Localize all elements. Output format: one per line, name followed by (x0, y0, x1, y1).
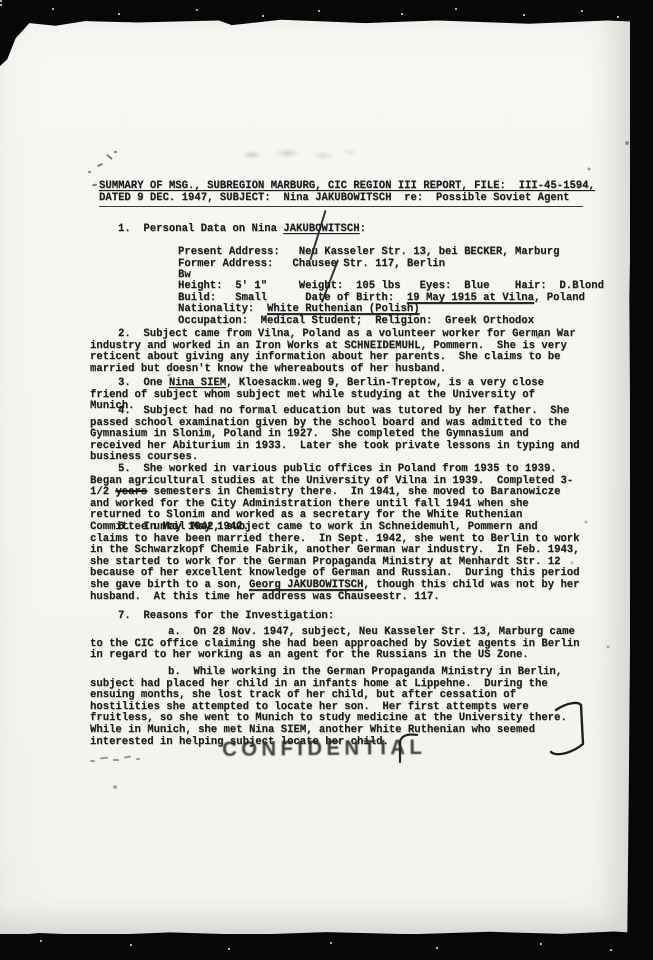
heading-colon: : (360, 223, 366, 235)
report-header-line1: SUMMARY OF MSG., SUBREGION MARBURG, CIC … (99, 181, 583, 193)
height-weight-line: Height: 5' 1" Weight: 105 lbs Eyes: Blue… (178, 281, 608, 293)
reason-item-a: a. On 28 Nov. 1947, subject, Neu Kassele… (90, 627, 580, 662)
typewritten-text-layer: SUMMARY OF MSG., SUBREGION MARBURG, CIC … (0, 0, 653, 960)
birth-date-underlined: 19 May 1915 at Vilna (407, 292, 534, 304)
para3-text: 3. One (118, 377, 169, 389)
pencil-mark (136, 758, 140, 760)
nationality-line: Nationality: White Ruthenian (Polish) (178, 304, 608, 316)
heading-text: 1. Personal Data on Nina (118, 223, 283, 235)
handwritten-bracket-close (548, 698, 592, 762)
present-address-line: Present Address: Neu Kasseler Str. 13, b… (178, 247, 608, 259)
nina-siem-mention: Nina SIEM (249, 724, 306, 736)
georg-jakubowitsch-name: Georg JAKUBOWITSCH (249, 579, 363, 591)
report-paragraph-6: 6. In May 1942, subject came to work in … (90, 522, 580, 603)
pencil-mark (113, 759, 119, 761)
former-address-line: Former Address: Chausee Str. 117, Berlin (178, 259, 608, 271)
report-header-line2: DATED 9 DEC. 1947, SUBJECT: Nina JAKUBOW… (99, 193, 583, 207)
occupation-religion-line: Occupation: Medical Student; Religion: G… (178, 316, 608, 328)
report-paragraph-4: 4. Subject had no formal education but w… (90, 406, 580, 464)
report-paragraph-2: 2. Subject came from Vilna, Poland as a … (90, 329, 580, 375)
reasons-heading: 7. Reasons for the Investigation: (90, 611, 580, 623)
nina-siem-name: Nina SIEM (169, 377, 226, 389)
overstruck-word: years (115, 486, 147, 498)
birth-country: , Poland (534, 292, 585, 304)
personal-data-heading: 1. Personal Data on Nina JAKUBOWITSCH: (90, 224, 580, 236)
nationality-label: Nationality: (178, 303, 267, 315)
nationality-underlined: White Ruthenian (Polish) (267, 303, 420, 315)
handwritten-bracket-open (393, 731, 419, 767)
scanned-document-page: { "document": { "header": { "line1": "SU… (0, 0, 653, 960)
